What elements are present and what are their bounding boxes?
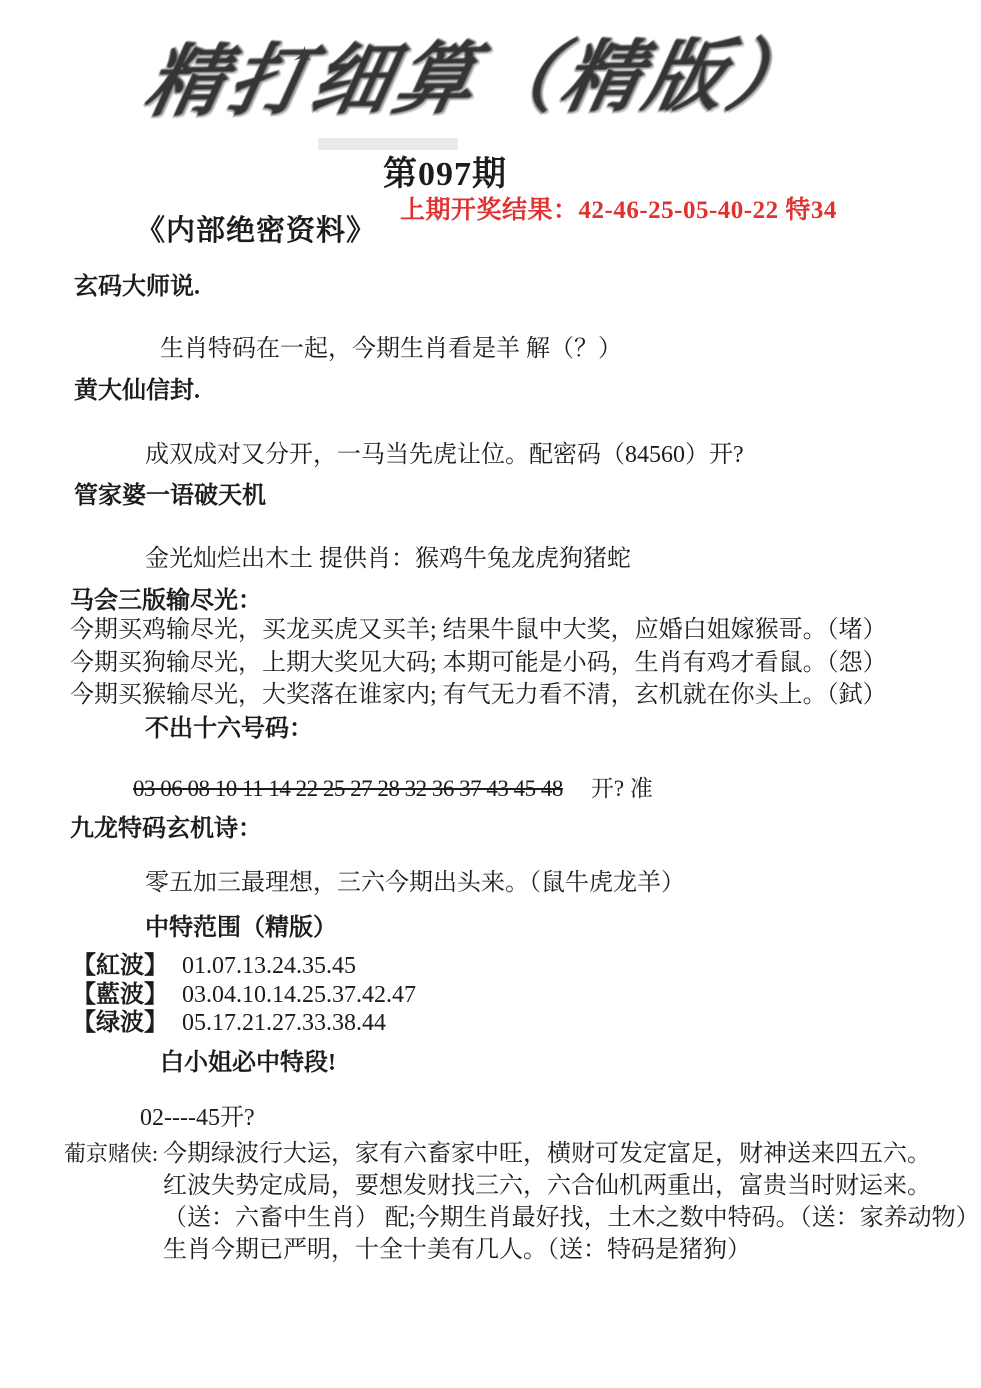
heading-zhongte-range: 中特范围（精版）	[145, 913, 337, 943]
jiulong-verse: 零五加三最理想，三六今期出头来。（鼠牛虎龙羊）	[145, 868, 685, 898]
pujing-line-3: （送：六畜中生肖） 配;今期生肖最好找，土木之数中特码。（送：家养动物）	[163, 1203, 980, 1233]
pujing-line-4: 生肖今期已严明，十全十美有几人。（送：特码是猪狗）	[163, 1235, 751, 1265]
wave-row-red: 【紅波】01.07.13.24.35.45	[72, 951, 356, 981]
guanjiapo-verse: 金光灿烂出木土 提供肖：猴鸡牛兔龙虎狗猪蛇	[145, 544, 631, 574]
mahui-line-2: 今期买狗输尽光，上期大奖见大码; 本期可能是小码，生肖有鸡才看鼠。（怨）	[70, 648, 887, 678]
pujing-line-1: 今期绿波行大运，家有六畜家中旺，横财可发定富足，财神送来四五六。	[163, 1139, 931, 1169]
xuanma-verse: 生肖特码在一起，今期生肖看是羊 解（？）	[160, 334, 622, 364]
heading-exclude-numbers: 不出十六号码：	[145, 714, 313, 744]
red-wave-label: 【紅波】	[72, 953, 168, 979]
huangdaxian-verse: 成双成对又分开，一马当先虎让位。配密码（84560）开?	[145, 440, 744, 470]
heading-xuanma-master: 玄码大师说.	[74, 272, 200, 302]
blue-wave-numbers: 03.04.10.14.25.37.42.47	[182, 982, 416, 1008]
wave-row-green: 【绿波】05.17.21.27.33.38.44	[72, 1008, 386, 1038]
green-wave-label: 【绿波】	[72, 1010, 168, 1036]
subtitle: 《内部绝密资料》	[136, 208, 376, 249]
pujing-label: 葡京赌侠:	[64, 1140, 158, 1168]
pujing-line-2: 红波失势定成局，要想发财找三六，六合仙机两重出，富贵当时财运来。	[163, 1171, 931, 1201]
wave-row-blue: 【藍波】03.04.10.14.25.37.42.47	[72, 980, 416, 1010]
heading-huangdaxian: 黄大仙信封.	[74, 376, 200, 406]
last-draw-result: 上期开奖结果：42-46-25-05-40-22 特34	[400, 190, 837, 226]
red-wave-numbers: 01.07.13.24.35.45	[182, 953, 356, 979]
excluded-numbers-strikethrough: 03 06 08 10 11 14 22 25 27 28 32 36 37 4…	[133, 776, 563, 801]
blue-wave-label: 【藍波】	[72, 982, 168, 1008]
baixiaojie-line: 白小姐必中特段!	[160, 1048, 336, 1078]
issue-number: 第097期	[383, 146, 507, 195]
kai-range-line: 02----45开?	[140, 1103, 255, 1133]
heading-mahui: 马会三版输尽光：	[70, 586, 262, 616]
exclude-numbers-row: 03 06 08 10 11 14 22 25 27 28 32 36 37 4…	[133, 774, 653, 804]
exclude-suffix: 开? 准	[591, 776, 653, 801]
masthead-title: 精打细算（精版）	[135, 12, 861, 139]
heading-jiulong: 九龙特码玄机诗：	[70, 814, 262, 844]
mahui-line-1: 今期买鸡输尽光，买龙买虎又买羊; 结果牛鼠中大奖，应婚白姐嫁猴哥。（堵）	[70, 615, 887, 645]
mahui-line-3: 今期买猴输尽光，大奖落在谁家内; 有气无力看不清，玄机就在你头上。（鉽）	[70, 680, 887, 710]
green-wave-numbers: 05.17.21.27.33.38.44	[182, 1010, 386, 1036]
document-page: 精打细算（精版） ✶ 第097期 上期开奖结果：42-46-25-05-40-2…	[0, 0, 981, 1388]
heading-guanjiapo: 管家婆一语破天机	[74, 481, 266, 511]
